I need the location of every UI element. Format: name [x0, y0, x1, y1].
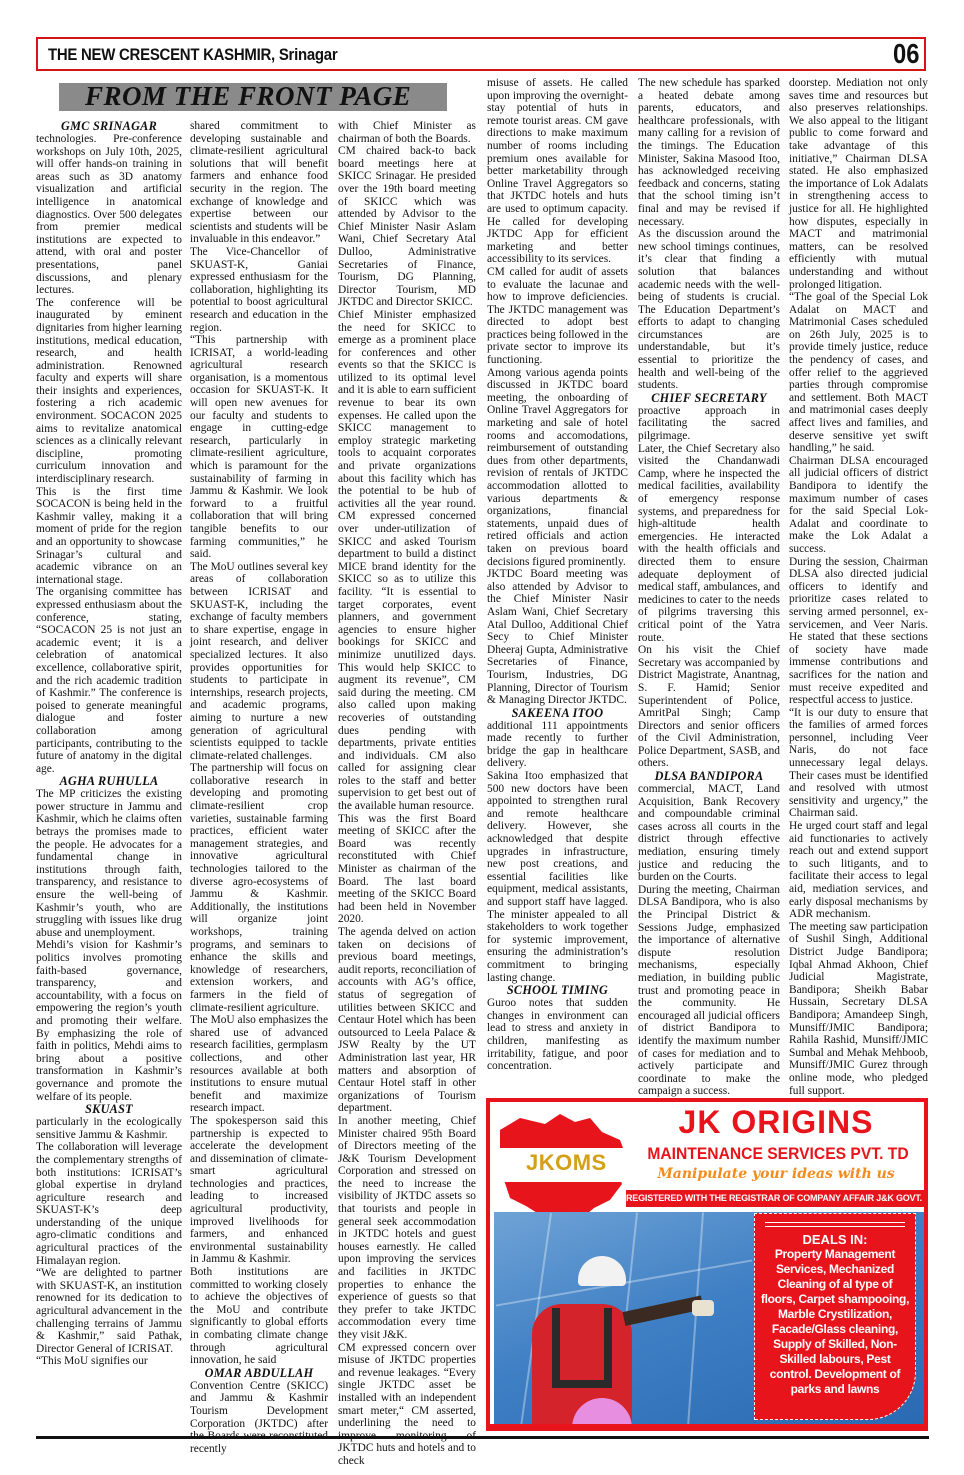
- article-paragraph: On his visit the Chief Secretary was acc…: [638, 644, 780, 770]
- article-paragraph: misuse of assets. He called upon improvi…: [487, 77, 628, 266]
- masthead: THE NEW CRESCENT KASHMIR, Srinagar: [36, 37, 926, 71]
- article-paragraph: “It is our duty to ensure that the famil…: [789, 707, 928, 820]
- article-paragraph: JKTDC Board meeting was also attended by…: [487, 568, 628, 707]
- article-headline: OMAR ABDULLAH: [190, 1367, 328, 1380]
- article-paragraph: Chairman DLSA encouraged all judicial of…: [789, 455, 928, 556]
- ad-tagline: Manipulate your ideas with us: [630, 1166, 922, 1182]
- article-headline: DLSA BANDIPORA: [638, 770, 780, 783]
- article-paragraph: This was the first Board meeting of SKIC…: [338, 813, 476, 926]
- article-headline: CHIEF SECRETARY: [638, 392, 780, 405]
- ad-photo-window-cleaner: DEALS IN: Property Management Services, …: [494, 1212, 924, 1424]
- newspaper-title: THE NEW CRESCENT KASHMIR, Srinagar: [48, 45, 337, 65]
- article-paragraph: The collaboration will leverage the comp…: [36, 1141, 182, 1267]
- worker-harness: [552, 1308, 612, 1388]
- worker-glove: [692, 1300, 714, 1316]
- article-paragraph: commercial, MACT, Land Acquisition, Bank…: [638, 783, 780, 884]
- article-paragraph: Convention Centre (SKICC) and Jammu & Ka…: [190, 1380, 328, 1456]
- article-paragraph: Chief Minister emphasized the need for S…: [338, 309, 476, 813]
- article-column-3: with Chief Minister as chairman of both …: [338, 120, 476, 1468]
- article-column-1: GMC SRINAGARtechnologies. Pre-conference…: [36, 120, 182, 1368]
- article-paragraph: He urged court staff and legal aid funct…: [789, 820, 928, 921]
- article-paragraph: As the discussion around the new school …: [638, 228, 780, 392]
- article-paragraph: The MoU outlines several key areas of co…: [190, 561, 328, 763]
- article-paragraph: CM expressed concern over misuse of JKTD…: [338, 1342, 476, 1468]
- article-paragraph: particularly in the ecologically sensiti…: [36, 1116, 182, 1141]
- ad-title: JK ORIGINS: [630, 1104, 922, 1141]
- article-paragraph: The meeting saw participation of Sushil …: [789, 921, 928, 1097]
- article-headline: GMC SRINAGAR: [36, 120, 182, 133]
- article-paragraph: “This partnership with ICRISAT, a world-…: [190, 334, 328, 561]
- article-headline: AGHA RUHULLA: [36, 775, 182, 788]
- section-banner: FROM THE FRONT PAGE: [59, 83, 447, 111]
- article-paragraph: The spokesperson said this partnership i…: [190, 1115, 328, 1266]
- article-paragraph: Later, the Chief Secretary also visited …: [638, 443, 780, 645]
- article-paragraph: During the session, Chairman DLSA also d…: [789, 556, 928, 707]
- deals-rule: [765, 1222, 905, 1227]
- article-paragraph: shared commitment to developing sustaina…: [190, 120, 328, 246]
- deals-heading: DEALS IN:: [755, 1232, 915, 1247]
- glass-frame-line: [686, 1212, 704, 1424]
- ad-brand-logo: JKOMS: [526, 1150, 607, 1176]
- article-headline: SCHOOL TIMING: [487, 984, 628, 997]
- deals-text: Property Management Services, Mechanized…: [755, 1247, 915, 1397]
- article-headline: SAKEENA ITOO: [487, 707, 628, 720]
- article-paragraph: Guroo notes that sudden changes in envir…: [487, 997, 628, 1073]
- article-paragraph: Both institutions are committed to worki…: [190, 1266, 328, 1367]
- article-paragraph: The organising committee has expressed e…: [36, 586, 182, 775]
- article-column-2: shared commitment to developing sustaina…: [190, 120, 328, 1455]
- article-column-4: misuse of assets. He called upon improvi…: [487, 77, 628, 1073]
- article-paragraph: Mehdi’s vision for Kashmir’s politics in…: [36, 939, 182, 1103]
- article-paragraph: “The goal of the Special Lok Adalat on M…: [789, 291, 928, 455]
- article-paragraph: The partnership will focus on collaborat…: [190, 762, 328, 1014]
- page-bottom-rule: [36, 1436, 929, 1439]
- article-paragraph: The new schedule has sparked a heated de…: [638, 77, 780, 228]
- article-paragraph: CM called for audit of assets to evaluat…: [487, 266, 628, 367]
- article-paragraph: Among various agenda points discussed in…: [487, 367, 628, 569]
- ad-inner-panel: JKOMS JK ORIGINS MAINTENANCE SERVICES PV…: [490, 1102, 924, 1424]
- article-paragraph: CM chaired back-to back board meetings h…: [338, 145, 476, 309]
- article-paragraph: This is the first time SOCACON is being …: [36, 486, 182, 587]
- article-paragraph: During the meeting, Chairman DLSA Bandip…: [638, 884, 780, 1098]
- article-column-5: The new schedule has sparked a heated de…: [638, 77, 780, 1123]
- article-paragraph: “This MoU signifies our: [36, 1355, 182, 1368]
- article-paragraph: additional 111 appointments made recentl…: [487, 720, 628, 770]
- article-paragraph: technologies. Pre-conference workshops o…: [36, 133, 182, 297]
- advertisement-jk-origins: JKOMS JK ORIGINS MAINTENANCE SERVICES PV…: [486, 1098, 928, 1431]
- section-title: FROM THE FRONT PAGE: [85, 81, 411, 112]
- article-paragraph: Sakina Itoo emphasized that 500 new doct…: [487, 770, 628, 984]
- hard-hat-icon: [578, 1256, 626, 1286]
- ad-subtitle: MAINTENANCE SERVICES PVT. TD: [642, 1144, 914, 1164]
- page-number: 06: [893, 38, 919, 70]
- article-column-6: doorstep. Mediation not only saves time …: [789, 77, 928, 1097]
- article-paragraph: “We are delighted to partner with SKUAST…: [36, 1267, 182, 1355]
- ad-deals-box: DEALS IN: Property Management Services, …: [754, 1213, 916, 1420]
- article-headline: SKUAST: [36, 1103, 182, 1116]
- article-paragraph: with Chief Minister as chairman of both …: [338, 120, 476, 145]
- article-paragraph: doorstep. Mediation not only saves time …: [789, 77, 928, 291]
- article-paragraph: The Vice-Chancellor of SKUAST-K, Ganiai …: [190, 246, 328, 334]
- article-paragraph: proactive approach in facilitating the s…: [638, 405, 780, 443]
- article-paragraph: In another meeting, Chief Minister chair…: [338, 1115, 476, 1342]
- article-paragraph: The MoU also emphasizes the shared use o…: [190, 1014, 328, 1115]
- ad-registration-banner: REGISTERED WITH THE REGISTRAR OF COMPANY…: [626, 1190, 924, 1207]
- article-paragraph: The conference will be inaugurated by em…: [36, 297, 182, 486]
- article-paragraph: The agenda delved on action taken on dec…: [338, 926, 476, 1115]
- article-paragraph: The MP criticizes the existing power str…: [36, 788, 182, 939]
